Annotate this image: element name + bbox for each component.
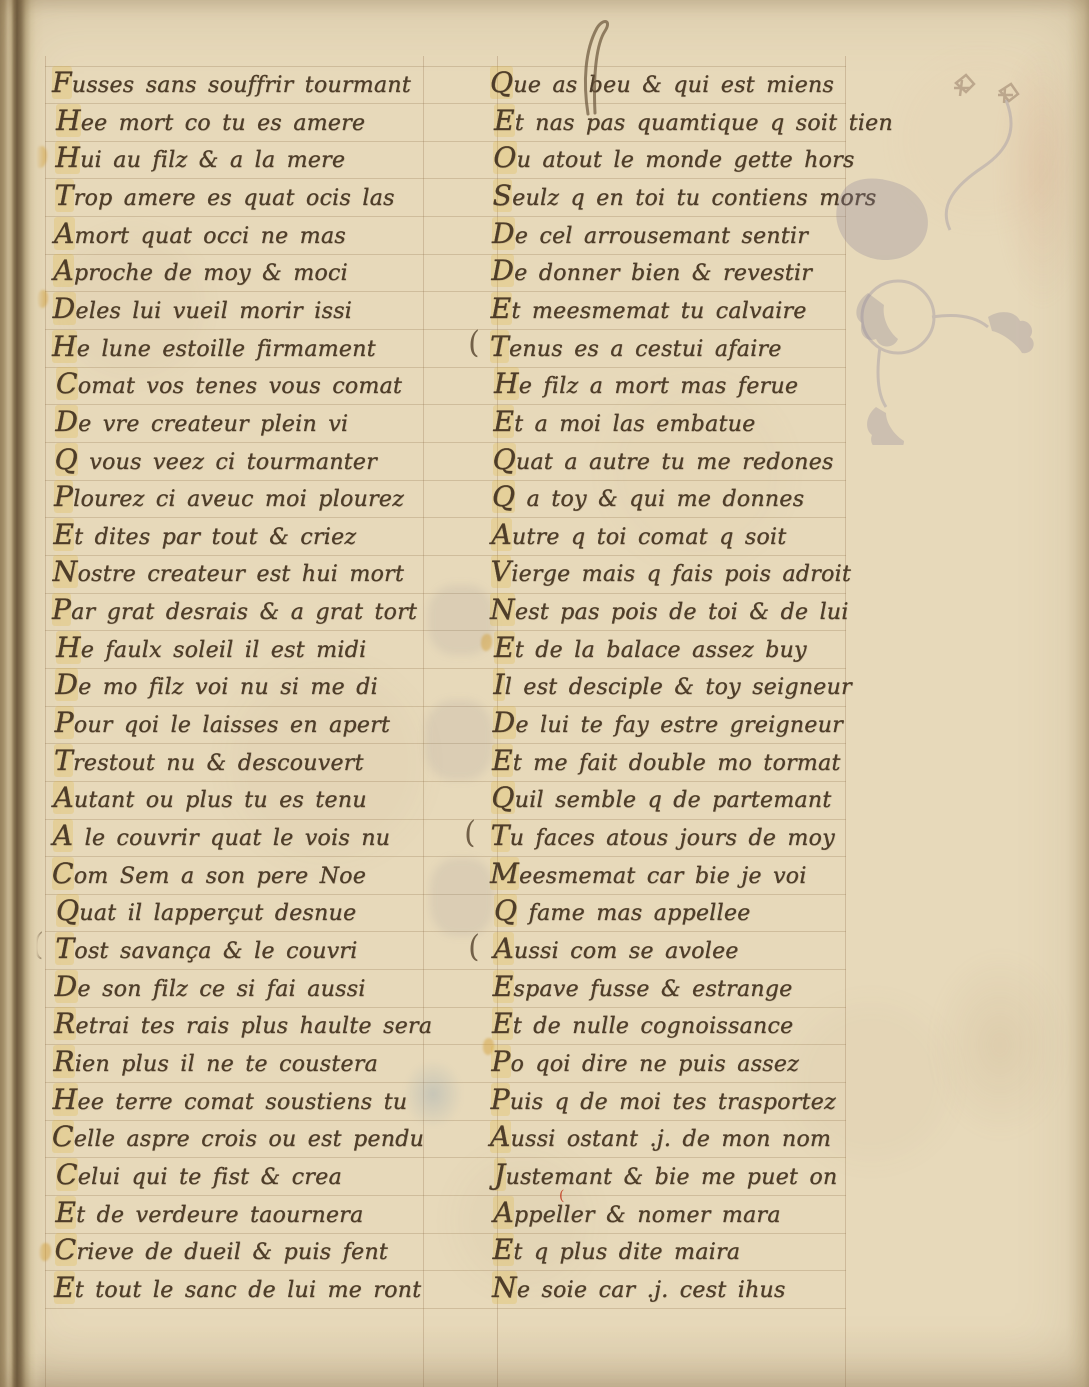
- verse-line: Aussi com se avolee: [493, 932, 738, 969]
- verse-line: Justemant & bie me puet on: [494, 1158, 838, 1195]
- verse-line: Tost savança & le couvri: [55, 932, 357, 969]
- verse-line: Aussi ostant .j. de mon nom: [490, 1120, 831, 1157]
- verse-line: Et de nulle cognoissance: [492, 1007, 793, 1044]
- verse-line: Et a moi las embatue: [493, 405, 755, 442]
- verse-line: Appeller & nomer mara: [493, 1196, 780, 1233]
- verse-line: Crieve de dueil & puis fent: [55, 1233, 388, 1270]
- ruling-line-vertical: [45, 56, 46, 1387]
- verse-line: He lune estoille firmament: [52, 330, 376, 367]
- verse-line: Ne soie car .j. cest ihus: [492, 1271, 786, 1308]
- verse-line: De vre createur plein vi: [55, 405, 348, 442]
- verse-line: Quat a autre tu me redones: [493, 443, 834, 480]
- verse-line: Hui au filz & a la mere: [55, 141, 345, 178]
- verse-line: Trop amere es quat ocis las: [55, 179, 395, 216]
- verse-line: Tu faces atous jours de moy: [491, 819, 835, 856]
- verse-line: Deles lui vueil morir issi: [53, 292, 352, 329]
- bleedthrough-smudge: [430, 858, 494, 936]
- verse-line: Q vous veez ci tourmanter: [55, 443, 377, 480]
- verse-line: Trestout nu & descouvert: [54, 744, 364, 781]
- verse-line: Et me fait double mo tormat: [492, 744, 841, 781]
- verse-line: Comat vos tenes vous comat: [56, 367, 402, 404]
- red-paraph-mark: (: [559, 1188, 564, 1204]
- verse-line: Celui qui te fist & crea: [56, 1158, 342, 1195]
- verse-line: Quil semble q de partemant: [491, 781, 831, 818]
- verse-line: Celle aspre crois ou est pendu: [52, 1120, 424, 1157]
- verse-line: Tenus es a cestui afaire: [490, 330, 782, 367]
- verse-line: De lui te fay estre greigneur: [493, 706, 843, 743]
- verse-line: Que as beu & qui est miens: [490, 66, 834, 103]
- binding-gutter: [0, 0, 44, 1387]
- verse-line: Pour qoi le laisses en apert: [55, 706, 391, 743]
- verse-line: Et dites par tout & criez: [53, 518, 356, 555]
- manuscript-page: Fusses sans souffrir tourmantHee mort co…: [0, 0, 1089, 1387]
- verse-line: Amort quat occi ne mas: [54, 217, 346, 254]
- verse-line: Nest pas pois de toi & de lui: [490, 593, 849, 630]
- paraph-mark: (: [465, 929, 483, 966]
- verse-line: Et nas pas quamtique q soit tien: [494, 104, 893, 141]
- verse-line: De donner bien & revestir: [491, 254, 812, 291]
- verse-line: Et q plus dite maira: [493, 1233, 741, 1270]
- verse-line: Q fame mas appellee: [494, 894, 751, 931]
- verse-line: Par grat desrais & a grat tort: [52, 593, 417, 630]
- right-text-column: Que as beu & qui est miensEt nas pas qua…: [492, 0, 877, 1387]
- verse-line: Ou atout le monde gette hors: [493, 141, 854, 178]
- verse-line: Et de la balace assez buy: [494, 631, 807, 668]
- verse-line: A le couvrir quat le vois nu: [53, 819, 391, 856]
- verse-line: Com Sem a son pere Noe: [52, 857, 366, 894]
- verse-line: Il est desciple & toy seigneur: [493, 668, 852, 705]
- verse-line: Hee mort co tu es amere: [56, 104, 365, 141]
- verse-line: Hee terre comat soustiens tu: [53, 1083, 408, 1120]
- verse-line: Autant ou plus tu es tenu: [53, 781, 366, 818]
- verse-line: Po qoi dire ne puis assez: [491, 1045, 799, 1082]
- parchment-stain: [930, 950, 1070, 1140]
- verse-line: Rien plus il ne te coustera: [53, 1045, 378, 1082]
- verse-line: He filz a mort mas ferue: [494, 367, 798, 404]
- verse-line: Retrai tes rais plus haulte sera: [54, 1007, 432, 1044]
- verse-line: Espave fusse & estrange: [493, 970, 793, 1007]
- verse-line: De cel arrousemant sentir: [492, 217, 808, 254]
- verse-line: Q a toy & qui me donnes: [492, 480, 804, 517]
- verse-line: Fusses sans souffrir tourmant: [52, 66, 411, 103]
- verse-line: Vierge mais q fais pois adroit: [491, 555, 851, 592]
- verse-line: De mo filz voi nu si me di: [55, 668, 378, 705]
- verse-line: Aproche de moy & moci: [53, 254, 348, 291]
- verse-line: Puis q de moi tes trasportez: [491, 1083, 836, 1120]
- verse-line: Plourez ci aveuc moi plourez: [54, 480, 404, 517]
- page-edge: [1067, 0, 1089, 1387]
- verse-line: Et meesmemat tu calvaire: [491, 292, 807, 329]
- verse-line: Seulz q en toi tu contiens mors: [493, 179, 877, 216]
- verse-line: Nostre createur est hui mort: [53, 555, 404, 592]
- verse-line: Autre q toi comat q soit: [491, 518, 786, 555]
- verse-line: Quat il lapperçut desnue: [56, 894, 356, 931]
- verse-line: Et tout le sanc de lui me ront: [54, 1271, 421, 1308]
- verse-line: Et de verdeure taournera: [55, 1196, 363, 1233]
- verse-line: De son filz ce si fai aussi: [55, 970, 366, 1007]
- verse-line: Meesmemat car bie je voi: [490, 857, 807, 894]
- paraph-mark: (: [461, 815, 479, 852]
- left-text-column: Fusses sans souffrir tourmantHee mort co…: [54, 0, 439, 1387]
- verse-line: He faulx soleil il est midi: [56, 631, 366, 668]
- yellow-wash-blot: [481, 634, 492, 651]
- paraph-mark: (: [465, 325, 483, 362]
